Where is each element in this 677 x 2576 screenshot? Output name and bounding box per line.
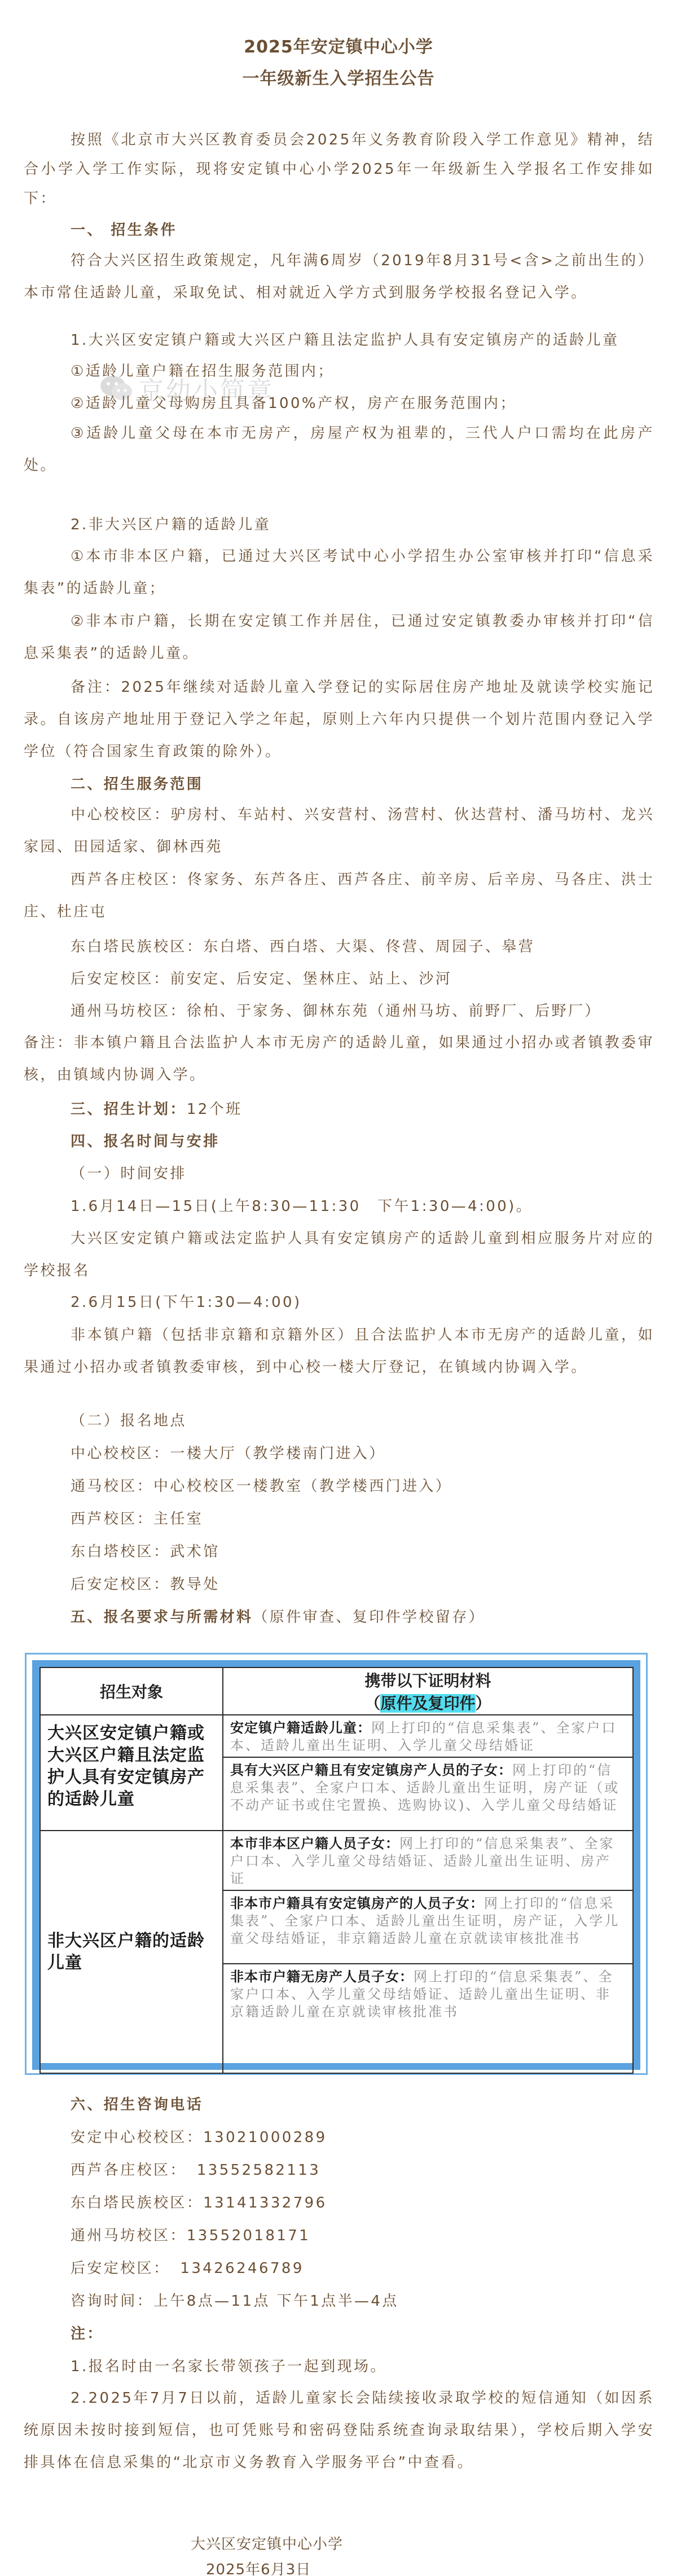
campus-name: 安定中心校校区： [71, 2129, 203, 2146]
class-count: 12个班 [187, 1101, 243, 1118]
section-1-paragraph: 符合大兴区招生政策规定，凡年满6周岁（2019年8月31号<含>之前出生的）本市… [24, 245, 654, 309]
time-slot-1-desc: 大兴区安定镇户籍或法定监护人具有安定镇房产的适龄儿童到相应服务片对应的学校报名 [24, 1223, 654, 1287]
materials-label: 非本市户籍具有安定镇房产的人员子女： [230, 1895, 484, 1911]
campus-name: 东白塔民族校区： [71, 2195, 203, 2211]
materials-label: 具有大兴区户籍且有安定镇房产人员的子女： [230, 1762, 512, 1778]
section-1-sub1-item-3: ③适龄儿童父母在本市无房产，房屋产权为祖辈的，三代人户口需均在此房产处。 [24, 418, 654, 482]
section-1-heading: 一、 招生条件 [71, 220, 177, 240]
header-materials-line1: 携带以下证明材料 [224, 1669, 632, 1691]
notes-label: 注： [71, 2324, 104, 2344]
phone-number[interactable]: 13552018171 [187, 2227, 310, 2244]
target-group-2: 非大兴区户籍的适龄儿童 [40, 1831, 223, 2073]
materials-label: 安定镇户籍适龄儿童： [230, 1719, 371, 1736]
section-5-heading: 五、报名要求与所需材料 [71, 1609, 253, 1626]
time-slot-2-desc: 非本镇户籍（包括非京籍和京籍外区）且合法监护人本市无房产的适龄儿童，如果通过小招… [24, 1319, 654, 1384]
table-row: 大兴区安定镇户籍或大兴区户籍且法定监护人具有安定镇房产的适龄儿童 安定镇户籍适龄… [40, 1715, 633, 1757]
phone-number[interactable]: 13021000289 [203, 2129, 327, 2146]
highlight-originals-copies: 原件及复印件 [380, 1694, 475, 1713]
time-slot-2: 2.6月15日(下午1:30—4:00) [71, 1292, 302, 1313]
location-4: 东白塔校区：武术馆 [71, 1542, 220, 1562]
header-target: 招生对象 [40, 1667, 223, 1715]
section-1-sub1-title: 1.大兴区安定镇户籍或大兴区户籍且法定监护人具有安定镇房产的适龄儿童 [71, 330, 619, 350]
section-3: 三、招生计划：12个班 [71, 1099, 243, 1120]
location-2: 通马校区：中心校校区一楼教室（教学楼西门进入） [71, 1476, 452, 1497]
section-1-sub2-item-2: ②非本市户籍，长期在安定镇工作并居住，已通过安定镇教委办审核并打印“信息采集表”… [24, 605, 654, 670]
materials-cell: 非本市户籍具有安定镇房产的人员子女：网上打印的“信息采集表”、全家户口本、适龄儿… [223, 1890, 633, 1964]
table-header-row: 招生对象 携带以下证明材料 （原件及复印件） [40, 1667, 633, 1715]
phone-row: 通州马坊校区：13552018171 [71, 2226, 310, 2246]
campus-name: 通州马坊校区： [71, 2227, 187, 2244]
phone-row: 后安定校区：13426246789 [71, 2258, 304, 2279]
phone-row: 西芦各庄校区：13552582113 [71, 2160, 320, 2180]
signature-org: 大兴区安定镇中心小学 [191, 2533, 343, 2553]
location-1: 中心校校区：一楼大厅（教学楼南门进入） [71, 1443, 386, 1464]
title-line-1: 2025年安定镇中心小学 [0, 33, 677, 58]
section-1-sub2-title: 2.非大兴区户籍的适龄儿童 [71, 515, 271, 535]
section-4-sub2: （二）报名地点 [71, 1411, 187, 1431]
signature-date: 2025年6月3日 [206, 2558, 311, 2576]
materials-cell: 安定镇户籍适龄儿童：网上打印的“信息采集表”、全家户口本、适龄儿童出生证明、入学… [223, 1715, 633, 1757]
requirements-table: 招生对象 携带以下证明材料 （原件及复印件） 大兴区安定镇户籍或大兴区户籍且法定… [39, 1667, 634, 2074]
section-4-heading: 四、报名时间与安排 [71, 1131, 220, 1152]
target-group-1: 大兴区安定镇户籍或大兴区户籍且法定监护人具有安定镇房产的适龄儿童 [40, 1715, 223, 1831]
service-area-5: 通州马坊校区：徐柏、于家务、御林东苑（通州马坊、前野厂、后野厂） [71, 1001, 601, 1021]
phone-row: 东白塔民族校区：13141332796 [71, 2193, 327, 2213]
title-line-2: 一年级新生入学招生公告 [0, 64, 677, 89]
service-area-4: 后安定校区：前安定、后安定、堡林庄、站上、沙河 [71, 969, 452, 989]
intro-paragraph: 按照《北京市大兴区教育委员会2025年义务教育阶段入学工作意见》精神，结合小学入… [24, 125, 654, 213]
campus-name: 后安定校区： [71, 2260, 170, 2277]
phone-number[interactable]: 13141332796 [203, 2195, 327, 2211]
section-2-heading: 二、招生服务范围 [71, 774, 203, 795]
section-1-sub1-item-2: ②适龄儿童父母购房且具备100%产权，房产在服务范围内； [71, 393, 517, 414]
consult-hours: 咨询时间：上午8点—11点 下午1点半—4点 [71, 2291, 399, 2311]
materials-label: 非本市户籍无房产人员子女： [230, 1968, 414, 1985]
table-row: 非大兴区户籍的适龄儿童 本市非本区户籍人员子女：网上打印的“信息采集表”、全家户… [40, 1831, 633, 1890]
campus-name: 西芦各庄校区： [71, 2162, 187, 2179]
service-area-2: 西芦各庄校区：佟家务、东芦各庄、西芦各庄、前辛房、后辛房、马各庄、洪士庄、杜庄屯 [24, 864, 654, 928]
note-1: 1.报名时由一名家长带领孩子一起到现场。 [71, 2356, 387, 2377]
section-4-sub1: （一）时间安排 [71, 1164, 187, 1184]
section-3-heading: 三、招生计划： [71, 1101, 187, 1118]
materials-cell: 非本市户籍无房产人员子女：网上打印的“信息采集表”、全家户口本、入学儿童父母结婚… [223, 1964, 633, 2073]
materials-cell: 本市非本区户籍人员子女：网上打印的“信息采集表”、全家户口本、入学儿童父母结婚证… [223, 1831, 633, 1890]
phone-row: 安定中心校校区：13021000289 [71, 2127, 327, 2148]
materials-label: 本市非本区户籍人员子女： [230, 1835, 399, 1851]
paren-open: （ [364, 1694, 380, 1713]
note-2: 2.2025年7月7日以前，适龄儿童家长会陆续接收录取学校的短信通知（如因系统原… [24, 2382, 654, 2479]
service-area-1: 中心校校区：驴房村、车站村、兴安营村、汤营村、伙达营村、潘马坊村、龙兴家园、田园… [24, 799, 654, 863]
section-1-note: 备注：2025年继续对适龄儿童入学登记的实际居住房产地址及就读学校实施记录。自该… [24, 672, 654, 768]
section-2-note: 备注：非本镇户籍且合法监护人本市无房产的适龄儿童，如果通过小招办或者镇教委审核，… [24, 1027, 654, 1091]
phone-number[interactable]: 13426246789 [180, 2260, 304, 2277]
service-area-3: 东白塔民族校区：东白塔、西白塔、大渠、佟营、周园子、皋营 [71, 937, 535, 957]
location-3: 西芦校区：主任室 [71, 1509, 203, 1529]
location-5: 后安定校区：教导处 [71, 1574, 220, 1595]
time-slot-1: 1.6月14日—15日(上午8:30—11:30 下午1:30—4:00)。 [71, 1196, 533, 1217]
section-1-sub2-item-1: ①本市非本区户籍，已通过大兴区考试中心小学招生办公室审核并打印“信息采集表”的适… [24, 541, 654, 605]
section-5-heading-row: 五、报名要求与所需材料（原件审查、复印件学校留存） [71, 1607, 485, 1627]
section-6-heading: 六、招生咨询电话 [71, 2095, 203, 2115]
phone-number[interactable]: 13552582113 [197, 2162, 320, 2179]
header-materials: 携带以下证明材料 （原件及复印件） [223, 1667, 633, 1715]
header-materials-line2: （原件及复印件） [224, 1691, 632, 1714]
materials-cell: 具有大兴区户籍且有安定镇房产人员的子女：网上打印的“信息采集表”、全家户口本、适… [223, 1757, 633, 1831]
section-5-heading-suffix: （原件审查、复印件学校留存） [253, 1609, 485, 1626]
section-1-sub1-item-1: ①适龄儿童户籍在招生服务范围内； [71, 361, 335, 381]
paren-close: ） [476, 1694, 491, 1713]
